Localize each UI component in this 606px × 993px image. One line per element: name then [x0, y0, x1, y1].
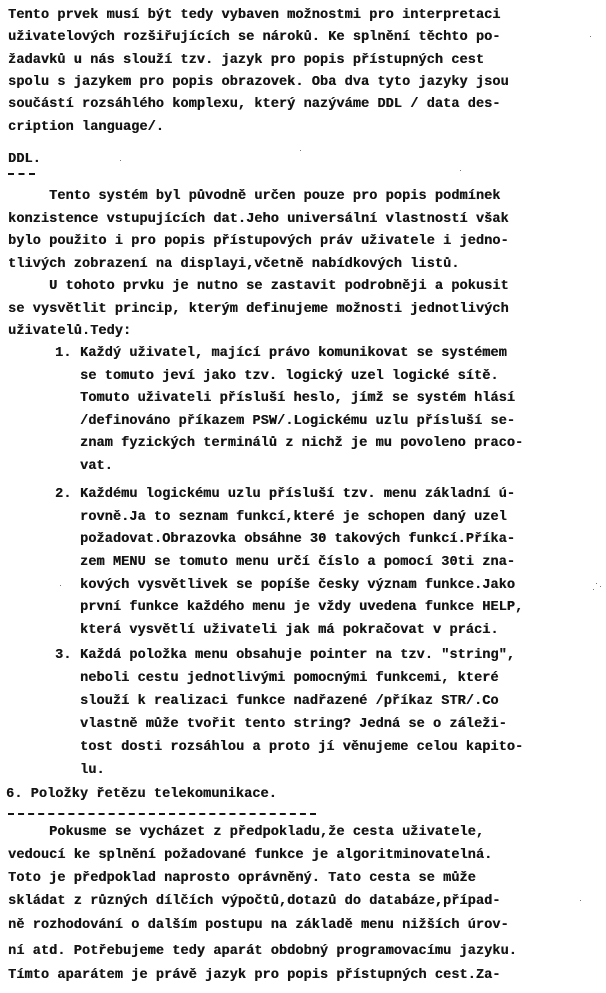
text-line: ní atd. Potřebujeme tedy aparát obdobný … [8, 943, 517, 961]
text-line: která vysvětlí uživateli jak má pokračov… [80, 622, 499, 640]
text-line: zem MENU se tomuto menu určí číslo a pom… [80, 554, 515, 572]
text-line: spolu s jazykem pro popis obrazovek. Oba… [8, 74, 509, 92]
text-line: součástí rozsáhlého komplexu, který nazý… [8, 96, 500, 114]
text-line: cription language/. [8, 119, 164, 137]
text-line: U tohoto prvku je nutno se zastavit podr… [8, 278, 509, 296]
text-line: vat. [80, 458, 113, 476]
heading-underline [8, 813, 316, 815]
text-line: se tomuto jeví jako tzv. logický uzel lo… [80, 368, 499, 386]
text-line: rovně.Ja to seznam funkcí,které je schop… [80, 509, 507, 527]
text-line: Tomuto uživateli přísluší heslo, jímž se… [80, 390, 515, 408]
text-line: vedoucí ke splnění požadované funkce je … [8, 847, 492, 865]
list-item-number: 3. [55, 647, 71, 665]
text-line: vlastně může tvořit tento string? Jedná … [80, 716, 507, 734]
text-line: /definováno příkazem PSW/.Logickému uzlu… [80, 413, 515, 431]
text-line: uživatelových rozšiřujících se nároků. K… [8, 29, 500, 47]
text-line: neboli cestu jednotlivými pomocnými funk… [80, 670, 499, 688]
text-line: žadavků u nás slouží tzv. jazyk pro popi… [8, 52, 484, 70]
text-line: znam fyzických terminálů z nichž je mu p… [80, 435, 523, 453]
text-line: ně rozhodování o dalším postupu na zákla… [8, 917, 509, 935]
text-line: Tímto aparátem je právě jazyk pro popis … [8, 967, 500, 985]
text-line: lu. [80, 762, 105, 780]
text-line: konzistence vstupujících dat.Jeho univer… [8, 211, 509, 229]
text-line: kových vysvětlivek se popíše česky význa… [80, 577, 515, 595]
text-line: Každému logickému uzlu přísluší tzv. men… [80, 486, 515, 504]
text-line: Tento systém byl původně určen pouze pro… [8, 188, 500, 206]
text-line: požadovat.Obrazovka obsáhne 30 takových … [80, 531, 515, 549]
text-line: Každá položka menu obsahuje pointer na t… [80, 647, 515, 665]
text-line: tost dosti rozsáhlou a proto jí věnujeme… [80, 739, 523, 757]
text-line: skládat z různých dílčích výpočtů,dotazů… [8, 893, 500, 911]
section-heading-6: 6. Položky řetězu telekomunikace. [6, 786, 277, 804]
text-line: bylo použito i pro popis přístupových pr… [8, 233, 509, 251]
text-line: první funkce každého menu je vždy uveden… [80, 599, 523, 617]
list-item-number: 1. [55, 345, 71, 363]
typewritten-page: Tento prvek musí být tedy vybaven možnos… [0, 0, 606, 993]
text-line: Pokusme se vycházet z předpokladu,že ces… [8, 824, 484, 842]
heading-underline [8, 173, 35, 175]
list-item-number: 2. [55, 486, 71, 504]
text-line: Každý uživatel, mající právo komunikovat… [80, 345, 507, 363]
text-line: Tento prvek musí být tedy vybaven možnos… [8, 7, 500, 25]
section-heading-ddl: DDL. [8, 151, 41, 169]
text-line: slouží k realizaci funkce nadřazené /pří… [80, 693, 499, 711]
text-line: se vysvětlit princip, kterým definujeme … [8, 301, 509, 319]
text-line: tlivých zobrazení na displayi,včetně nab… [8, 256, 459, 274]
text-line: uživatelů.Tedy: [8, 323, 131, 341]
text-line: Toto je předpoklad naprosto oprávněný. T… [8, 870, 476, 888]
